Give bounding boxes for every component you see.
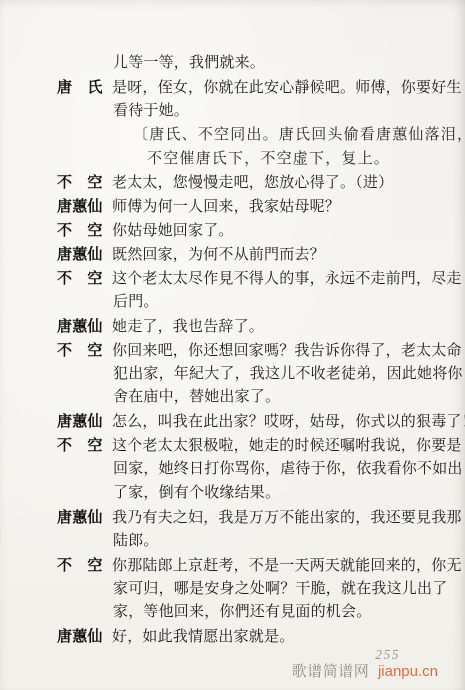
- speaker-name: 不 空: [57, 554, 105, 578]
- script-line: 唐蕙仙她走了，我也告辞了。: [0, 315, 465, 339]
- dialogue-text: 这个老太太尽作見不得人的事，永远不走前門，尽走: [112, 271, 462, 287]
- dialogue-text: 怎么，叫我在此出家？哎呀，姑母，你式以的狠毒了！: [112, 414, 465, 430]
- script-line: 回家，她终日打你骂你，虐待于你，依我看你不如出: [0, 458, 465, 482]
- watermark: 歌谱简谱网 jianpu.cn: [292, 662, 438, 682]
- dialogue-continuation-text: 看待于她。: [113, 103, 189, 119]
- watermark-site-name: 歌谱简谱网: [292, 664, 370, 680]
- speaker-name: 不 空: [57, 267, 105, 291]
- speaker-name: 不 空: [57, 219, 105, 243]
- dialogue-continuation-text: 舍在庙中，替她出家了。: [113, 389, 280, 405]
- stage-direction-text: 不空催唐氏下，不空虚下，复上。: [147, 151, 390, 167]
- dialogue-text: 是呀，侄女，你就在此安心靜候吧。师傅，你要好生: [112, 80, 462, 96]
- script-line: 唐蕙仙好，如此我情愿出家就是。: [0, 625, 465, 649]
- script-line: 唐 氏是呀，侄女，你就在此安心靜候吧。师傅，你要好生: [0, 76, 465, 100]
- script-line: 儿等一等，我們就来。: [0, 52, 465, 76]
- speaker-name: 唐蕙仙: [57, 195, 105, 219]
- script-line: 唐蕙仙我乃有夫之妇，我是万万不能出家的，我还要見我那: [0, 506, 465, 530]
- script-line: 不 空这个老太太尽作見不得人的事，永远不走前門，尽走: [0, 267, 465, 291]
- speaker-name: 不 空: [57, 434, 105, 458]
- script-line: 唐蕙仙怎么，叫我在此出家？哎呀，姑母，你式以的狠毒了！: [0, 410, 465, 434]
- dialogue-continuation-text: 家，等他回来，你們还有見面的机会。: [113, 604, 371, 620]
- stage-direction-text: 〔唐氏、不空同出。唐氏回头偷看唐蕙仙落泪，: [133, 127, 465, 143]
- dialogue-continuation-text: 儿等一等，我們就来。: [113, 55, 265, 71]
- dialogue-continuation-text: 家可归，哪是安身之处啊？干脆，就在我这儿出了: [113, 581, 447, 597]
- script-line: 不 空老太太，您慢慢走吧，您放心得了。（进）: [0, 171, 465, 195]
- script-line: 不 空你姑母她回家了。: [0, 219, 465, 243]
- speaker-name: 唐蕙仙: [57, 243, 105, 267]
- script-line: 唐蕙仙既然回家，为何不从前門而去？: [0, 243, 465, 267]
- dialogue-text: 既然回家，为何不从前門而去？: [112, 247, 325, 263]
- dialogue-text: 老太太，您慢慢走吧，您放心得了。（进）: [112, 175, 393, 191]
- script-line: 不 空你那陆郎上京赶考，不是一天两天就能回来的，你无: [0, 554, 465, 578]
- dialogue-text: 我乃有夫之妇，我是万万不能出家的，我还要見我那: [112, 510, 462, 526]
- speaker-name: 唐蕙仙: [57, 410, 105, 434]
- script-line: 犯出家，年紀大了，我这儿不收老徒弟，因此她将你: [0, 363, 465, 387]
- script-line: 唐蕙仙师傅为何一人回来，我家姑母呢？: [0, 195, 465, 219]
- script-line: 看待于她。: [0, 100, 465, 124]
- dialogue-continuation-text: 回家，她终日打你骂你，虐待于你，依我看你不如出: [113, 461, 463, 477]
- script-line: 了家，倒有个收缘结果。: [0, 482, 465, 506]
- watermark-site-url: jianpu.cn: [378, 663, 438, 680]
- dialogue-text: 师傅为何一人回来，我家姑母呢？: [112, 199, 340, 215]
- dialogue-text: 你回来吧，你还想回家嗎？我告诉你得了，老太太命: [112, 343, 462, 359]
- dialogue-continuation-text: 后門。: [113, 294, 159, 310]
- dialogue-text: 你姑母她回家了。: [112, 223, 234, 239]
- dialogue-continuation-text: 犯出家，年紀大了，我这儿不收老徒弟，因此她将你: [113, 366, 463, 382]
- page-number: 255: [292, 647, 400, 662]
- dialogue-text: 好，如此我情愿出家就是。: [112, 629, 294, 645]
- dialogue-text: 这个老太太狠极啦，她走的时候还嘱咐我说，你要是: [112, 438, 462, 454]
- speaker-name: 唐蕙仙: [57, 625, 105, 649]
- dialogue-continuation-text: 陆郎。: [113, 533, 159, 549]
- speaker-name: 不 空: [57, 171, 105, 195]
- script-line: 不 空这个老太太狠极啦，她走的时候还嘱咐我说，你要是: [0, 434, 465, 458]
- script-line: 不空催唐氏下，不空虚下，复上。: [0, 148, 465, 172]
- script-line: 不 空你回来吧，你还想回家嗎？我告诉你得了，老太太命: [0, 339, 465, 363]
- dialogue-continuation-text: 了家，倒有个收缘结果。: [113, 485, 280, 501]
- page-footer: 255 歌谱简谱网 jianpu.cn: [292, 647, 438, 682]
- scanned-script-page: 儿等一等，我們就来。唐 氏是呀，侄女，你就在此安心靜候吧。师傅，你要好生看待于她…: [0, 0, 465, 690]
- speaker-name: 不 空: [57, 339, 105, 363]
- script-text-block: 儿等一等，我們就来。唐 氏是呀，侄女，你就在此安心靜候吧。师傅，你要好生看待于她…: [0, 52, 465, 649]
- dialogue-text: 她走了，我也告辞了。: [112, 319, 264, 335]
- script-line: 后門。: [0, 291, 465, 315]
- dialogue-text: 你那陆郎上京赶考，不是一天两天就能回来的，你无: [112, 558, 462, 574]
- script-line: 舍在庙中，替她出家了。: [0, 386, 465, 410]
- script-line: 〔唐氏、不空同出。唐氏回头偷看唐蕙仙落泪，: [0, 124, 465, 148]
- script-line: 陆郎。: [0, 530, 465, 554]
- speaker-name: 唐 氏: [57, 76, 105, 100]
- speaker-name: 唐蕙仙: [57, 506, 105, 530]
- speaker-name: 唐蕙仙: [57, 315, 105, 339]
- script-line: 家可归，哪是安身之处啊？干脆，就在我这儿出了: [0, 578, 465, 602]
- script-line: 家，等他回来，你們还有見面的机会。: [0, 601, 465, 625]
